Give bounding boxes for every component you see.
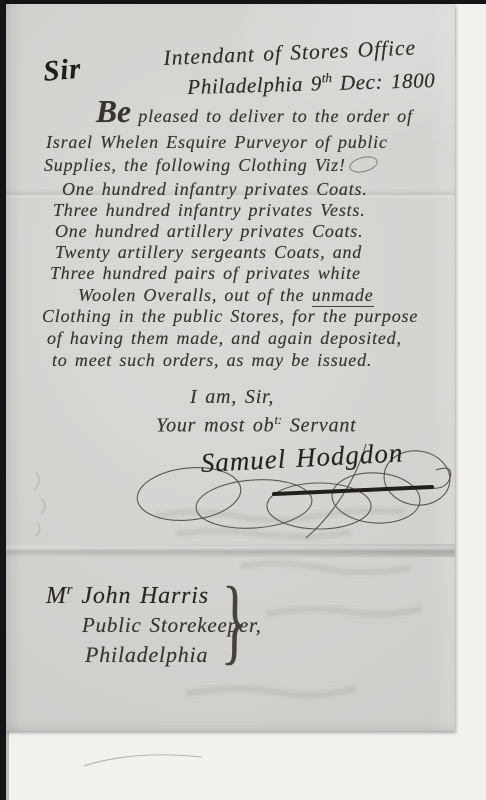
date-rest: Dec: 1800 — [332, 68, 436, 95]
valediction-line-1: I am, Sir, — [190, 386, 274, 409]
body-line-11: of having them made, and again deposited… — [47, 328, 402, 349]
recipient-name-rest: John Harris — [73, 583, 209, 609]
flourish-heavy-bar — [274, 487, 432, 494]
item-line-3: One hundred artillery privates Coats. — [55, 221, 363, 242]
valediction-line-2: Your most obt: Servant — [156, 413, 357, 438]
viz-flourish — [347, 154, 379, 176]
body-line-3: Supplies, the following Clothing Viz! — [44, 155, 378, 176]
body-line-10: Clothing in the public Stores, for the p… — [42, 306, 418, 327]
body-line-opening: Be pleased to deliver to the order of — [96, 106, 413, 127]
valediction-rest: Servant — [282, 415, 357, 437]
body-line-3-text: Supplies, the following Clothing Viz! — [44, 155, 346, 175]
recipient-brace: } — [221, 572, 249, 669]
recipient-name-text: M — [46, 583, 67, 609]
opening-rest: pleased to deliver to the order of — [131, 106, 413, 126]
item-line-2: Three hundred infantry privates Vests. — [53, 200, 366, 221]
flourish-oval — [267, 483, 371, 529]
date-ordinal-superscript: th — [322, 70, 333, 85]
place-date-text: Philadelphia 9 — [187, 71, 322, 99]
flourish-oval — [330, 470, 421, 526]
valediction-text: Your most ob — [156, 415, 274, 437]
flourish-oval — [194, 476, 313, 532]
scanned-document: Intendant of Stores Office Sir Philadelp… — [0, 0, 486, 800]
letter-page: Intendant of Stores Office Sir Philadelp… — [6, 4, 455, 731]
recipient-city: Philadelphia — [85, 642, 208, 668]
opening-initial-capital: Be — [96, 94, 131, 129]
salutation: Sir — [42, 53, 83, 89]
flourish-tail — [430, 468, 451, 488]
overalls-text: Woolen Overalls, out of the — [78, 285, 312, 305]
item-line-1: One hundred infantry privates Coats. — [62, 179, 368, 200]
signature-name: Samuel Hodgdon — [200, 437, 404, 479]
body-line-2: Israel Whelen Esquire Purveyor of public — [46, 132, 388, 153]
pencil-arc — [84, 755, 202, 766]
body-line-overalls: Woolen Overalls, out of the unmade — [78, 285, 374, 306]
item-line-4: Twenty artillery sergeants Coats, and — [55, 242, 362, 263]
place-date-line: Philadelphia 9th Dec: 1800 — [187, 67, 436, 100]
margin-scribbles — [34, 472, 45, 536]
recipient-name: Mr John Harris — [46, 582, 209, 610]
fold-crease-lower — [6, 544, 455, 557]
valediction-superscript: t: — [274, 413, 282, 427]
item-line-5: Three hundred pairs of privates white — [50, 263, 361, 284]
office-heading: Intendant of Stores Office — [163, 35, 417, 71]
body-line-12: to meet such orders, as may be issued. — [52, 350, 372, 371]
underlined-word: unmade — [312, 285, 374, 307]
